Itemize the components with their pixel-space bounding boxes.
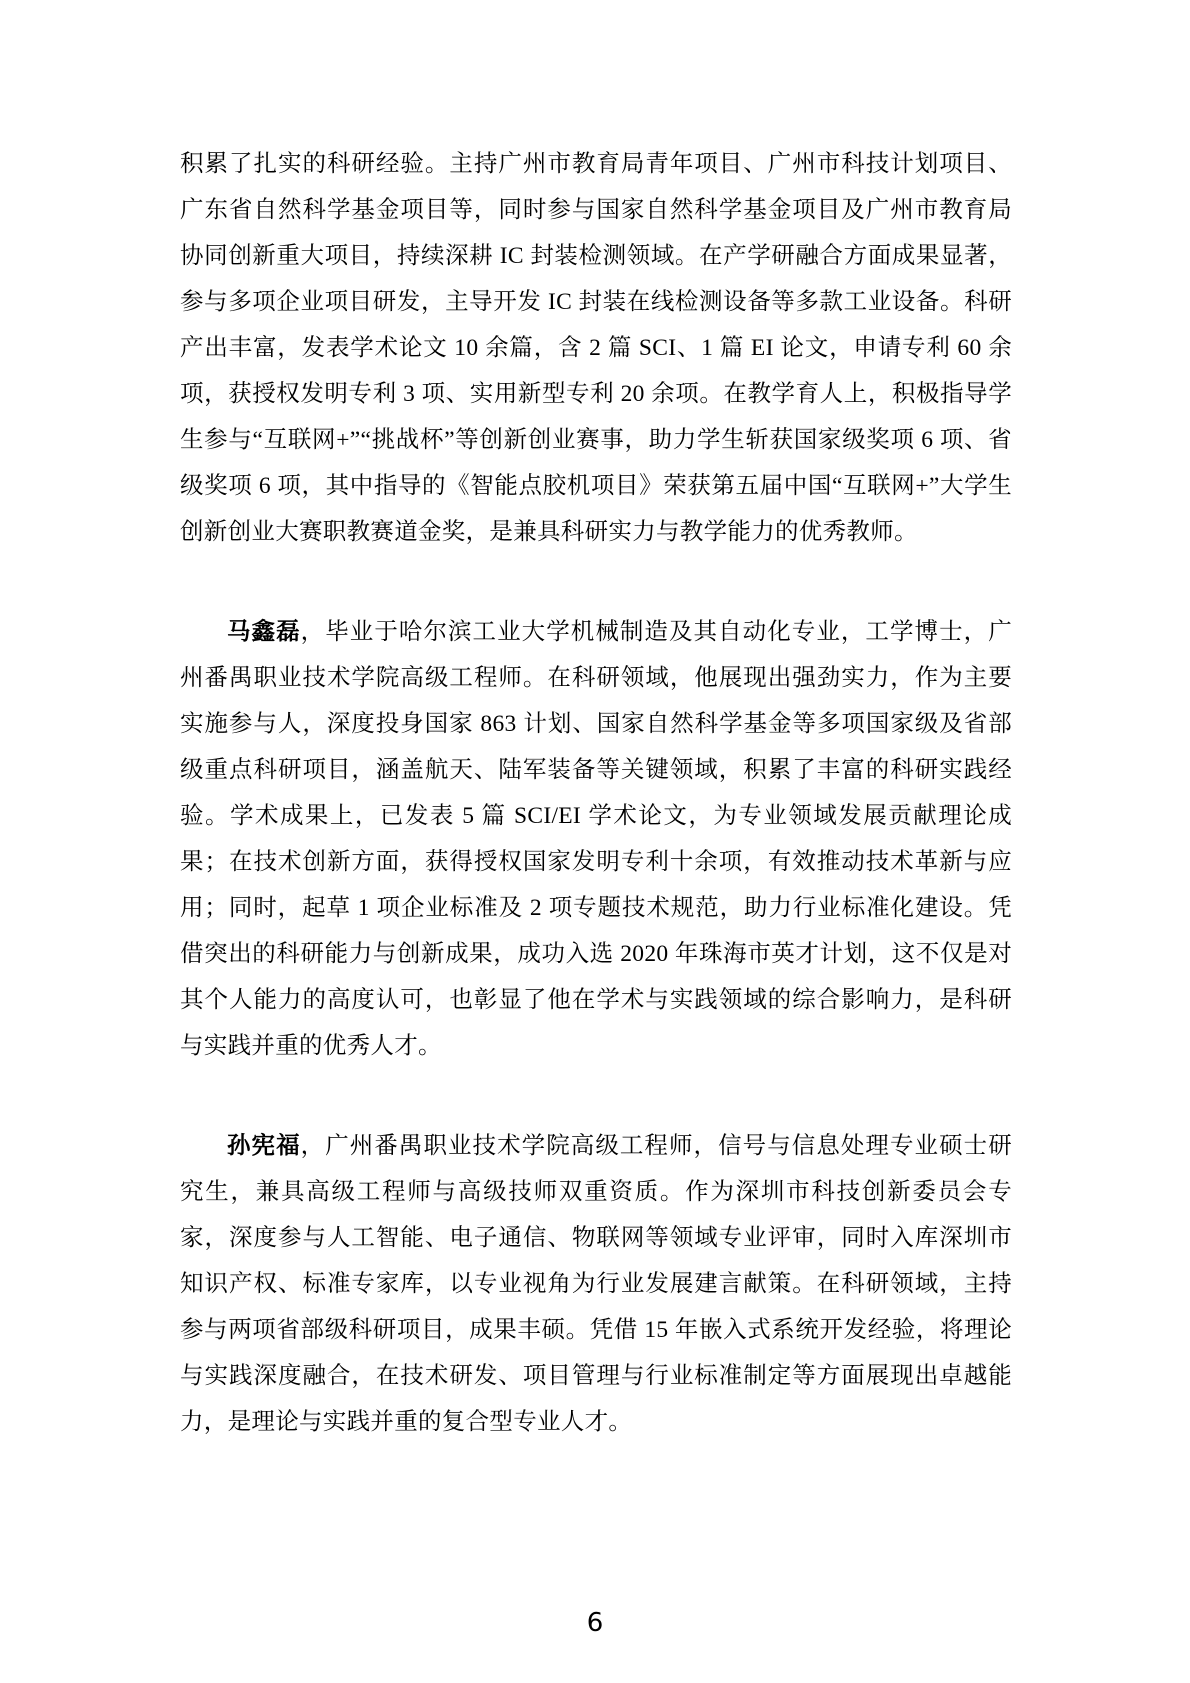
- bio-paragraph-sun-xianfu-text: ，广州番禺职业技术学院高级工程师，信号与信息处理专业硕士研究生，兼具高级工程师与…: [180, 1133, 1012, 1435]
- bio-paragraph-ma-xinlei: 马鑫磊，毕业于哈尔滨工业大学机械制造及其自动化专业，工学博士，广州番禺职业技术学…: [180, 609, 1012, 1069]
- paragraph-continuation: 积累了扎实的科研经验。主持广州市教育局青年项目、广州市科技计划项目、广东省自然科…: [180, 141, 1012, 555]
- bio-paragraph-sun-xianfu: 孙宪福，广州番禺职业技术学院高级工程师，信号与信息处理专业硕士研究生，兼具高级工…: [180, 1123, 1012, 1445]
- bio-paragraph-ma-xinlei-text: ，毕业于哈尔滨工业大学机械制造及其自动化专业，工学博士，广州番禺职业技术学院高级…: [180, 619, 1012, 1059]
- page-number: 6: [0, 1606, 1190, 1640]
- paragraph-continuation-text: 积累了扎实的科研经验。主持广州市教育局青年项目、广州市科技计划项目、广东省自然科…: [180, 151, 1012, 545]
- person-name-ma-xinlei: 马鑫磊: [227, 619, 301, 645]
- person-name-sun-xianfu: 孙宪福: [227, 1133, 301, 1159]
- text-content-area: 积累了扎实的科研经验。主持广州市教育局青年项目、广州市科技计划项目、广东省自然科…: [180, 141, 1012, 1445]
- document-page: 积累了扎实的科研经验。主持广州市教育局青年项目、广州市科技计划项目、广东省自然科…: [0, 0, 1190, 1683]
